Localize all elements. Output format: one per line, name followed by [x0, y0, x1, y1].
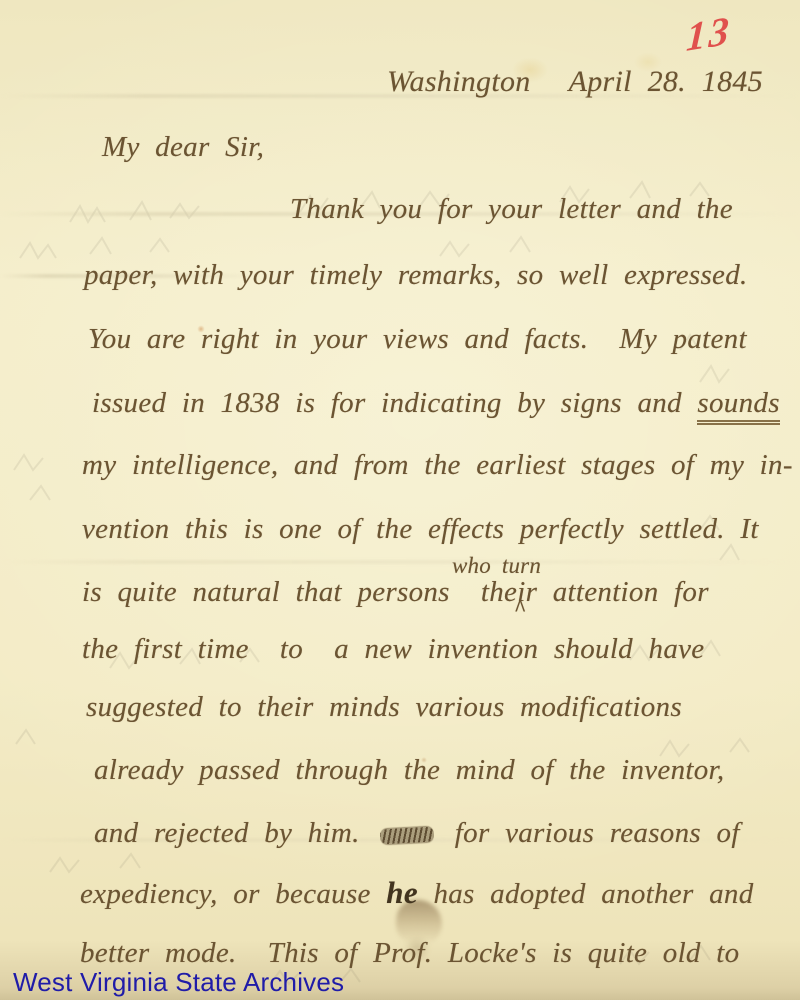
letter-line-segment: the first time to a new invention should…: [82, 633, 704, 665]
letter-line-segment: issued in 1838 is for indicating by sign…: [92, 387, 697, 419]
letter-line-segment: for various reasons of: [439, 817, 739, 849]
letter-line-segment: already passed through the mind of the i…: [94, 754, 724, 786]
letter-line-segment: and rejected by him.: [94, 817, 375, 849]
fold-crease: [0, 560, 800, 564]
letter-line: my intelligence, and from the earliest s…: [82, 448, 793, 483]
letter-line: expediency, or because he has adopted an…: [80, 874, 754, 912]
letter-line-segment: better mode. This of Prof. Locke's is qu…: [80, 937, 739, 969]
letter-line: You are right in your views and facts. M…: [88, 322, 747, 357]
letter-line-segment: he: [386, 875, 418, 910]
dateline: WashingtonApril 28. 1845: [387, 64, 763, 100]
letter-line-segment: sounds: [697, 387, 779, 425]
letter-line-segment: my intelligence, and from the earliest s…: [82, 449, 793, 481]
interlinear-insertion: who turn: [452, 552, 541, 580]
letter-line: suggested to their minds various modific…: [86, 690, 682, 725]
letter-line-segment: Thank you for your letter and the: [290, 193, 733, 225]
dateline-place: Washington: [387, 65, 531, 98]
letter-line: better mode. This of Prof. Locke's is qu…: [80, 936, 739, 971]
handwritten-page-number: 13: [685, 6, 733, 62]
scribbled-out-word: [380, 827, 435, 845]
letter-line: already passed through the mind of the i…: [94, 753, 724, 788]
letter-line: is quite natural that persons their atte…: [82, 575, 709, 610]
letter-line: the first time to a new invention should…: [82, 632, 704, 667]
archives-watermark: West Virginia State Archives: [13, 967, 344, 998]
letter-line-segment: expediency, or because: [80, 878, 386, 910]
letter-line: vention this is one of the effects perfe…: [82, 512, 759, 547]
letter-line: Thank you for your letter and the: [290, 192, 733, 227]
letter-line-segment: suggested to their minds various modific…: [86, 691, 682, 723]
dateline-date: April 28. 1845: [569, 65, 763, 98]
salutation: My dear Sir,: [102, 130, 264, 165]
letter-line-segment: has adopted another and: [418, 878, 754, 910]
letter-line: paper, with your timely remarks, so well…: [84, 258, 748, 293]
letter-line-segment: vention this is one of the effects perfe…: [82, 513, 759, 545]
letter-line-segment: You are right in your views and facts. M…: [88, 323, 747, 355]
letter-photo: 13 WashingtonApril 28. 1845 My dear Sir,…: [0, 0, 800, 1000]
letter-line-segment: is quite natural that persons: [82, 576, 450, 608]
insertion-caret: ^: [514, 593, 526, 624]
letter-line: issued in 1838 is for indicating by sign…: [92, 386, 780, 421]
letter-line-segment: paper, with your timely remarks, so well…: [84, 259, 748, 291]
letter-line: and rejected by him. for various reasons…: [94, 816, 740, 851]
letter-line-segment: their attention for: [450, 576, 709, 608]
